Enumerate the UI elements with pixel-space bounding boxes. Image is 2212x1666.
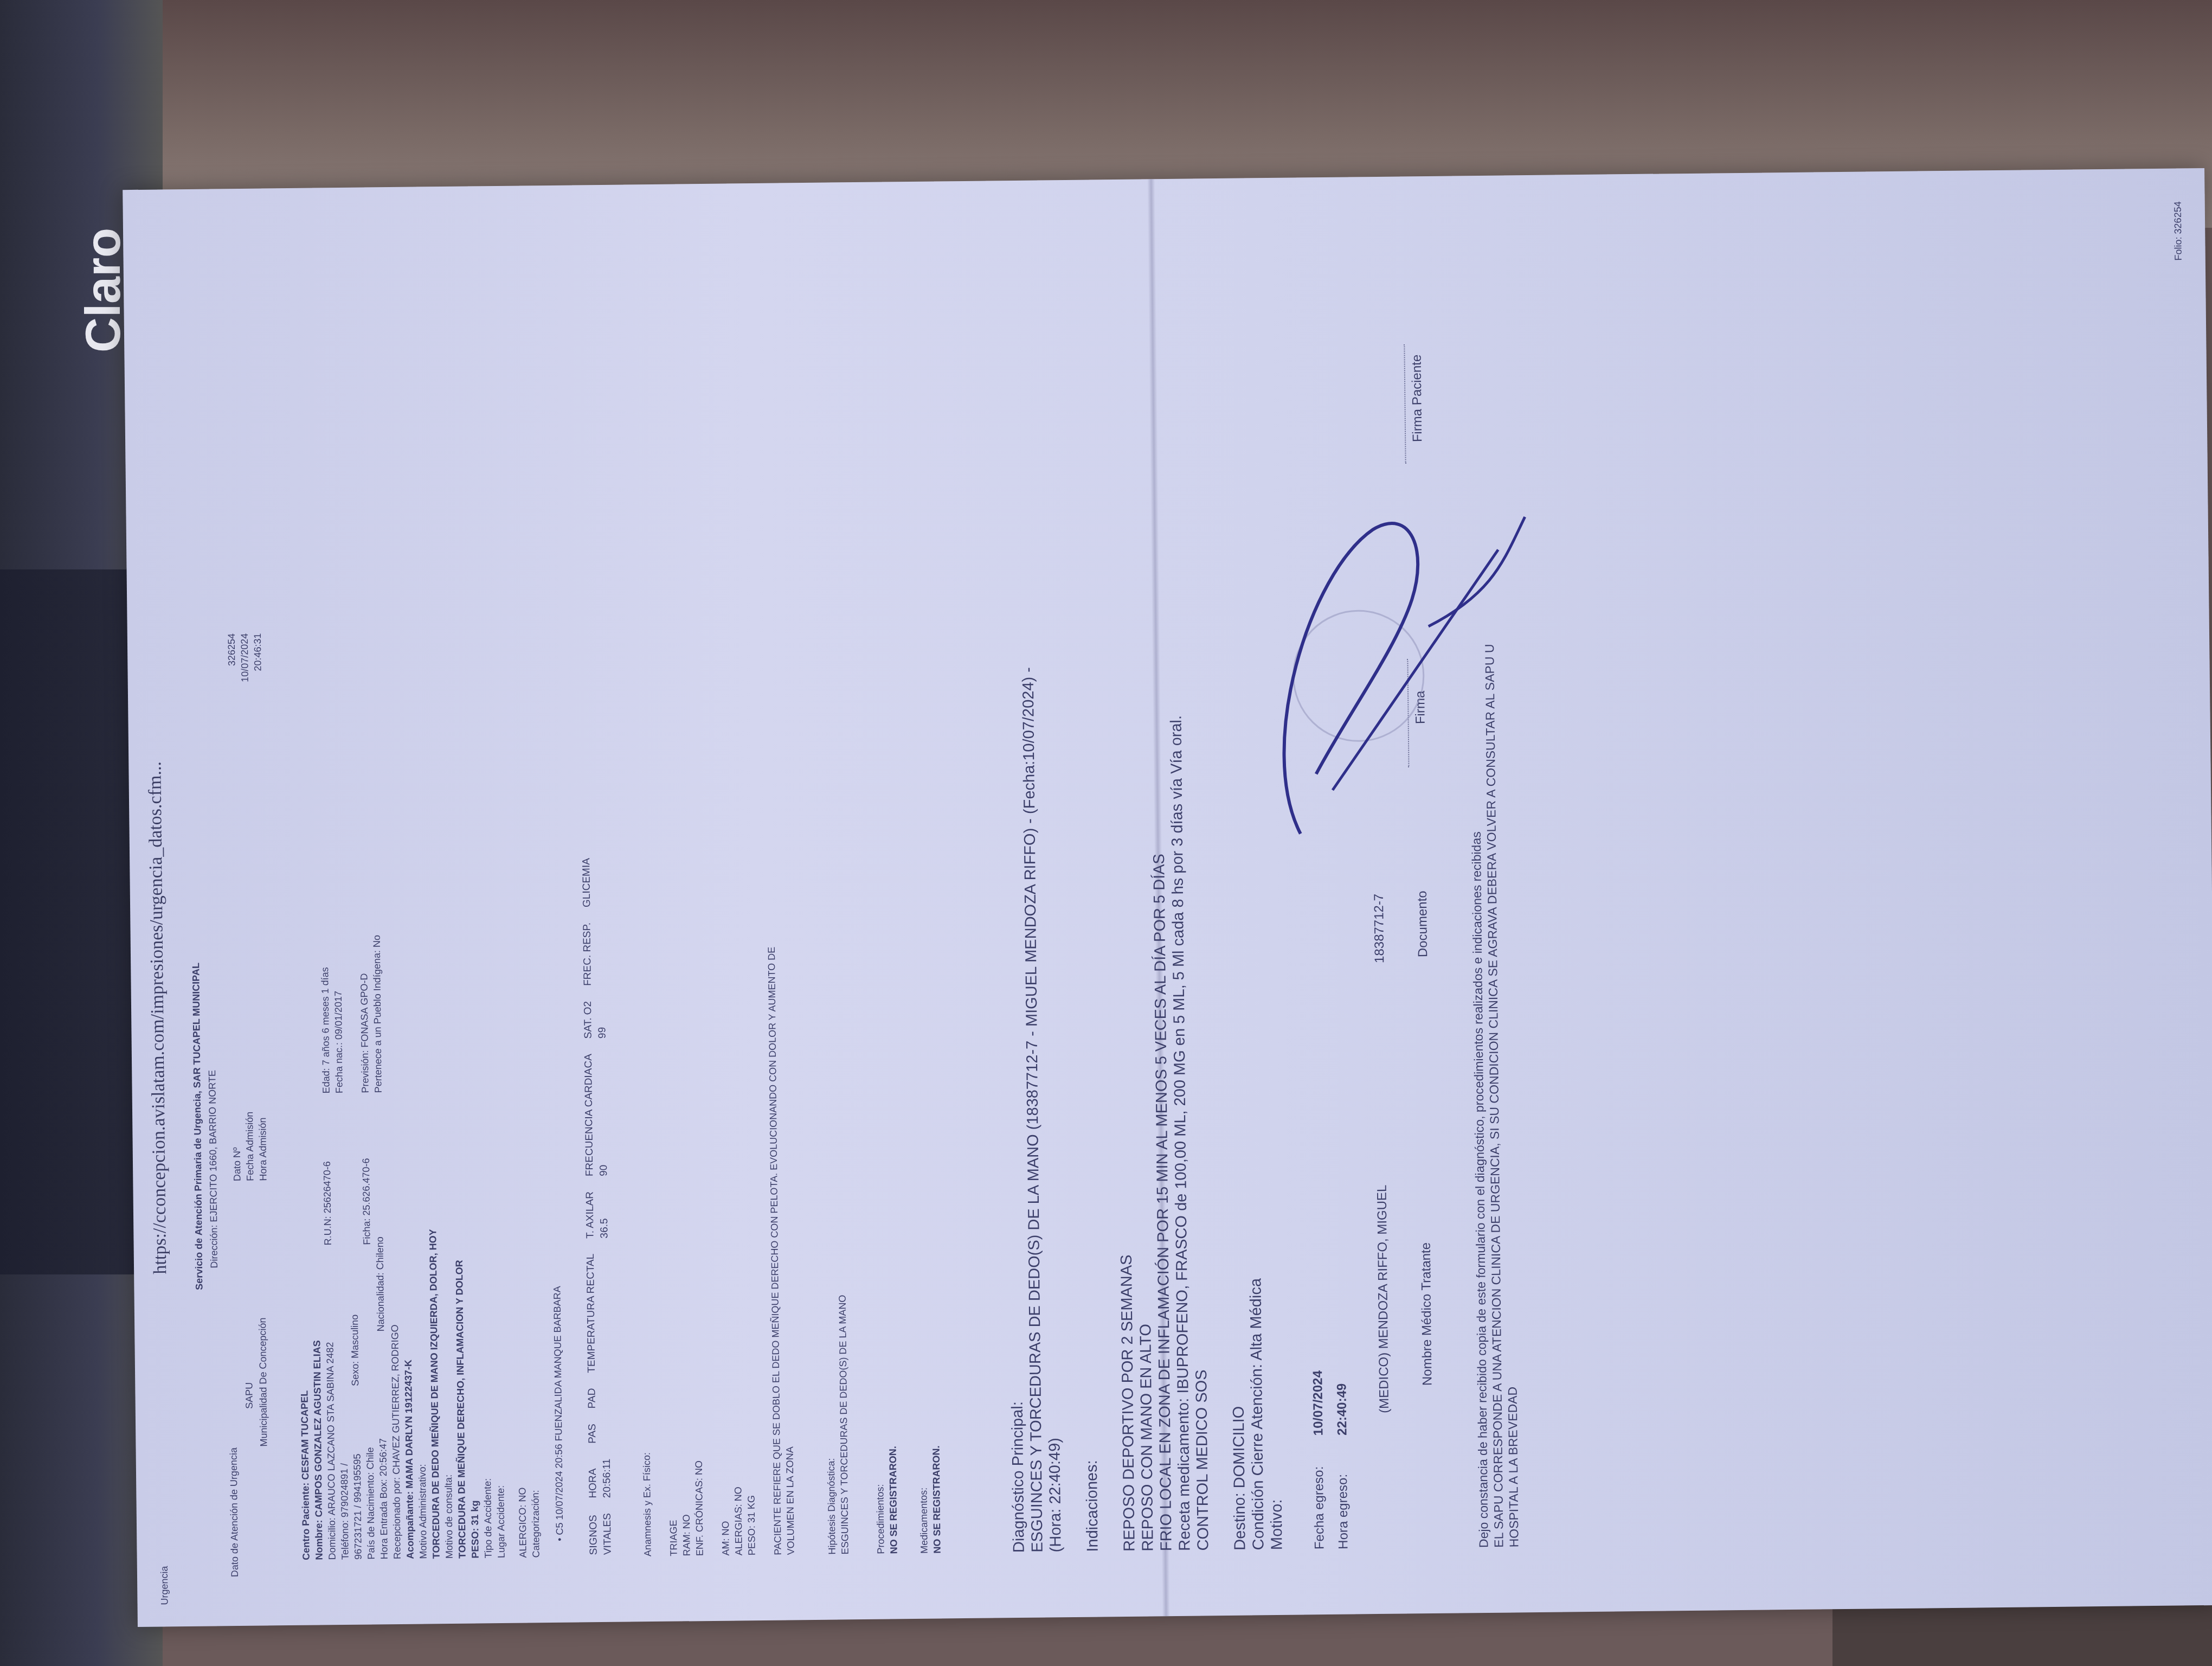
document-label: Documento (1415, 890, 1431, 957)
admission-values: 32625410/07/202420:46:31 (225, 633, 265, 682)
doctor-name: (MEDICO) MENDOZA RIFFO, MIGUEL (1375, 1184, 1392, 1413)
doctor-label: Nombre Médico Tratante (1419, 1242, 1436, 1386)
patient-nationality: Nacionalidad: Chileno (374, 1236, 387, 1331)
patient-birthdate: Fecha nac.: 09/01/2017 (333, 991, 345, 1093)
discharge-values: 10/07/202422:40:49 (1306, 1370, 1354, 1436)
section-label: Urgencia (159, 1566, 171, 1605)
patient-rut: R.U.N: 25626470-6 (321, 1161, 334, 1245)
doctor-signature (1263, 365, 1539, 856)
patient-insurance: Previsión: FONASA GPO-D (358, 973, 371, 1093)
attention-type: SAPU (243, 1382, 255, 1409)
patient-block-left: Centro Paciente: CESFAM TUCAPEL Nombre: … (296, 1228, 507, 1560)
hypothesis-block: Hipótesis Diagnóstica:ESGUINCES Y TORCED… (823, 1295, 852, 1554)
attention-municipality: Municipalidad De Concepción (257, 1317, 269, 1446)
patient-age: Edad: 7 años 6 meses 1 días (319, 967, 332, 1093)
document-value: 18387712-7 (1372, 894, 1387, 963)
anamnesis-block: Anamnesis y Ex. Físico: TRIAGE RAM: NO E… (635, 946, 798, 1556)
patient-sex: Sexo: Masculino (349, 1315, 361, 1386)
diagnosis-block: Diagnóstico Principal: ESGUINCES Y TORCE… (1001, 664, 1287, 1553)
allergy-block: ALERGICO: NO Categorización: (516, 1487, 542, 1558)
service-name: Servicio de Atención Primaria de Urgenci… (190, 963, 205, 1290)
discharge-labels: Fecha egreso:Hora egreso: (1307, 1466, 1356, 1549)
medications-block: Medicamentos:NO SE REGISTRARON. (917, 1445, 944, 1554)
form-page: Urgencia https://cconcepcion.avislatam.c… (123, 168, 2212, 1627)
attention-label: Dato de Atención de Urgencia (228, 1447, 241, 1577)
patient-ficha: Ficha: 25.626.470-6 (361, 1158, 373, 1245)
patient-indigenous: Pertenece a un Pueblo Indígena: No (371, 935, 384, 1093)
service-address: Dirección: EJERCITO 1660, BARRIO NORTE (207, 1070, 220, 1268)
admission-labels: Dato NºFecha AdmisiónHora Admisión (230, 1111, 269, 1181)
print-url: https://cconcepcion.avislatam.com/impres… (145, 761, 171, 1274)
printed-form: Urgencia https://cconcepcion.avislatam.c… (123, 168, 2212, 1627)
vitals-table: SIGNOS HORAPASPAD TEMPERATURA RECTALT. A… (580, 850, 615, 1563)
procedures-block: Procedimientos:NO SE REGISTRARON. (873, 1446, 901, 1554)
categorization-entry: • C5 10/07/2024 20:56 FUENZALIDA MANQUE … (551, 1286, 565, 1541)
clinic-stamp (1293, 610, 1424, 742)
folio-number: Folio: 326254 (2172, 201, 2184, 260)
